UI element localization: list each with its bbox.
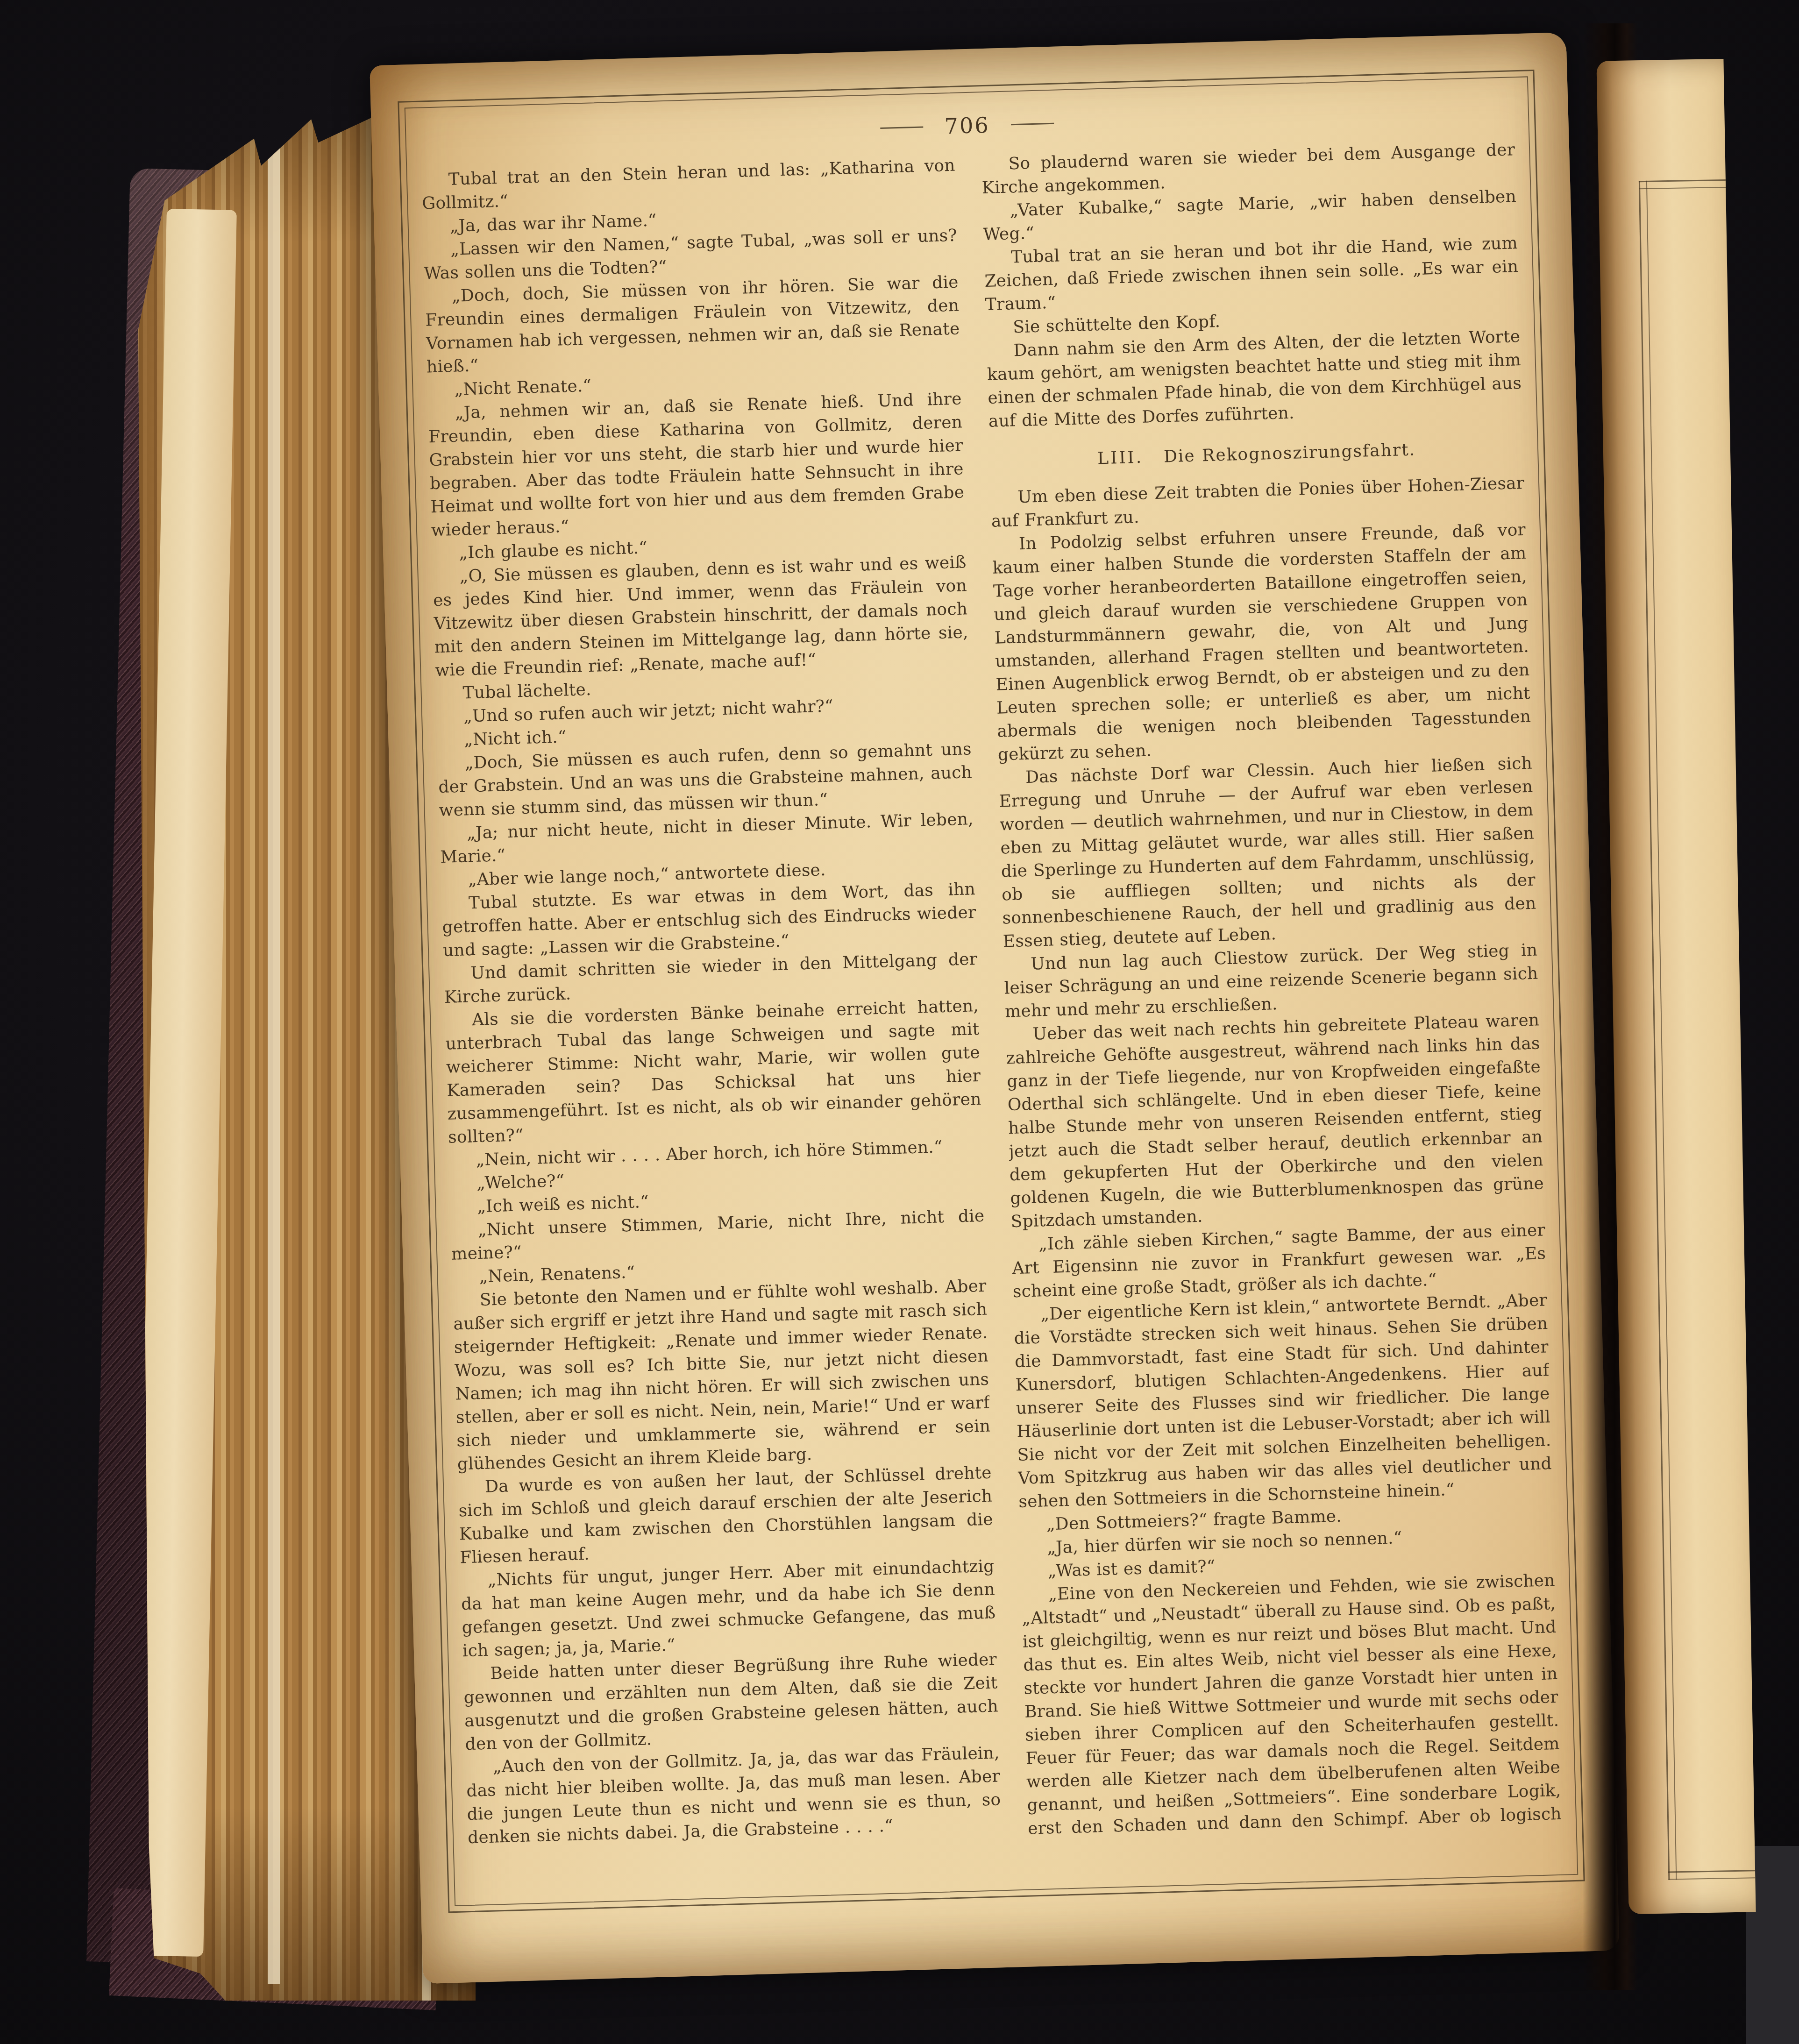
photographed-book-scene: 706 Tubal trat an den Stein heran und la… bbox=[0, 0, 1799, 2044]
paragraph: „Ja, nehmen wir an, daß sie Renate hieß.… bbox=[427, 387, 965, 542]
text-column-left: Tubal trat an den Stein heran und las: „… bbox=[421, 154, 1002, 1859]
paragraph: Als sie die vordersten Bänke beinahe err… bbox=[445, 994, 982, 1150]
text-column-right: So plaudernd waren sie wieder bei dem Au… bbox=[981, 138, 1562, 1844]
paragraph: „Doch, doch, Sie müssen von ihr hören. S… bbox=[424, 271, 960, 379]
paragraph: „Auch den von der Gollmitz. Ja, ja, das … bbox=[465, 1741, 1002, 1850]
chapter-title: Die Rekognoszirungsfahrt. bbox=[1164, 440, 1416, 466]
two-column-text-block: Tubal trat an den Stein heran und las: „… bbox=[421, 138, 1562, 1859]
folio-dash-left bbox=[880, 126, 923, 129]
paragraph: Da wurde es von außen her laut, der Schl… bbox=[458, 1462, 994, 1570]
facing-page-frame-rule bbox=[1639, 181, 1677, 1880]
facing-page-frame-rule-top bbox=[1639, 179, 1726, 189]
chapter-heading: LIII.Die Rekognoszirungsfahrt. bbox=[989, 435, 1524, 474]
paragraph: Sie betonte den Namen und er fühlte wohl… bbox=[452, 1275, 991, 1476]
paragraph: In Podolzig selbst erfuhren unsere Freun… bbox=[992, 518, 1532, 767]
book-page-706: 706 Tubal trat an den Stein heran und la… bbox=[370, 32, 1620, 1984]
folio-dash-right bbox=[1011, 122, 1054, 125]
paragraph: „Der eigentliche Kern ist klein,“ antwor… bbox=[1013, 1289, 1553, 1514]
paragraph: „Nichts für ungut, junger Herr. Aber mit… bbox=[460, 1554, 996, 1663]
paragraph: „Eine von den Neckereien und Fehden, wie… bbox=[1021, 1569, 1562, 1844]
paragraph: Ueber das weit nach rechts hin gebreitet… bbox=[1005, 1008, 1545, 1234]
page-edge-highlight bbox=[268, 125, 280, 1984]
paragraph: Dann nahm sie den Arm des Alten, der die… bbox=[986, 325, 1522, 433]
paragraph: Das nächste Dorf war Clessin. Auch hier … bbox=[998, 752, 1537, 954]
paragraph: „O, Sie müssen es glauben, denn es ist w… bbox=[432, 551, 969, 682]
page-number: 706 bbox=[944, 113, 990, 139]
paragraph: Beide hatten unter dieser Begrüßung ihre… bbox=[463, 1648, 999, 1756]
chapter-number: LIII. bbox=[1097, 448, 1144, 468]
facing-page-frame-rule-bottom bbox=[1668, 1870, 1755, 1880]
protruding-page-edge bbox=[133, 209, 237, 1957]
page-content: 706 Tubal trat an den Stein heran und la… bbox=[420, 89, 1563, 1904]
